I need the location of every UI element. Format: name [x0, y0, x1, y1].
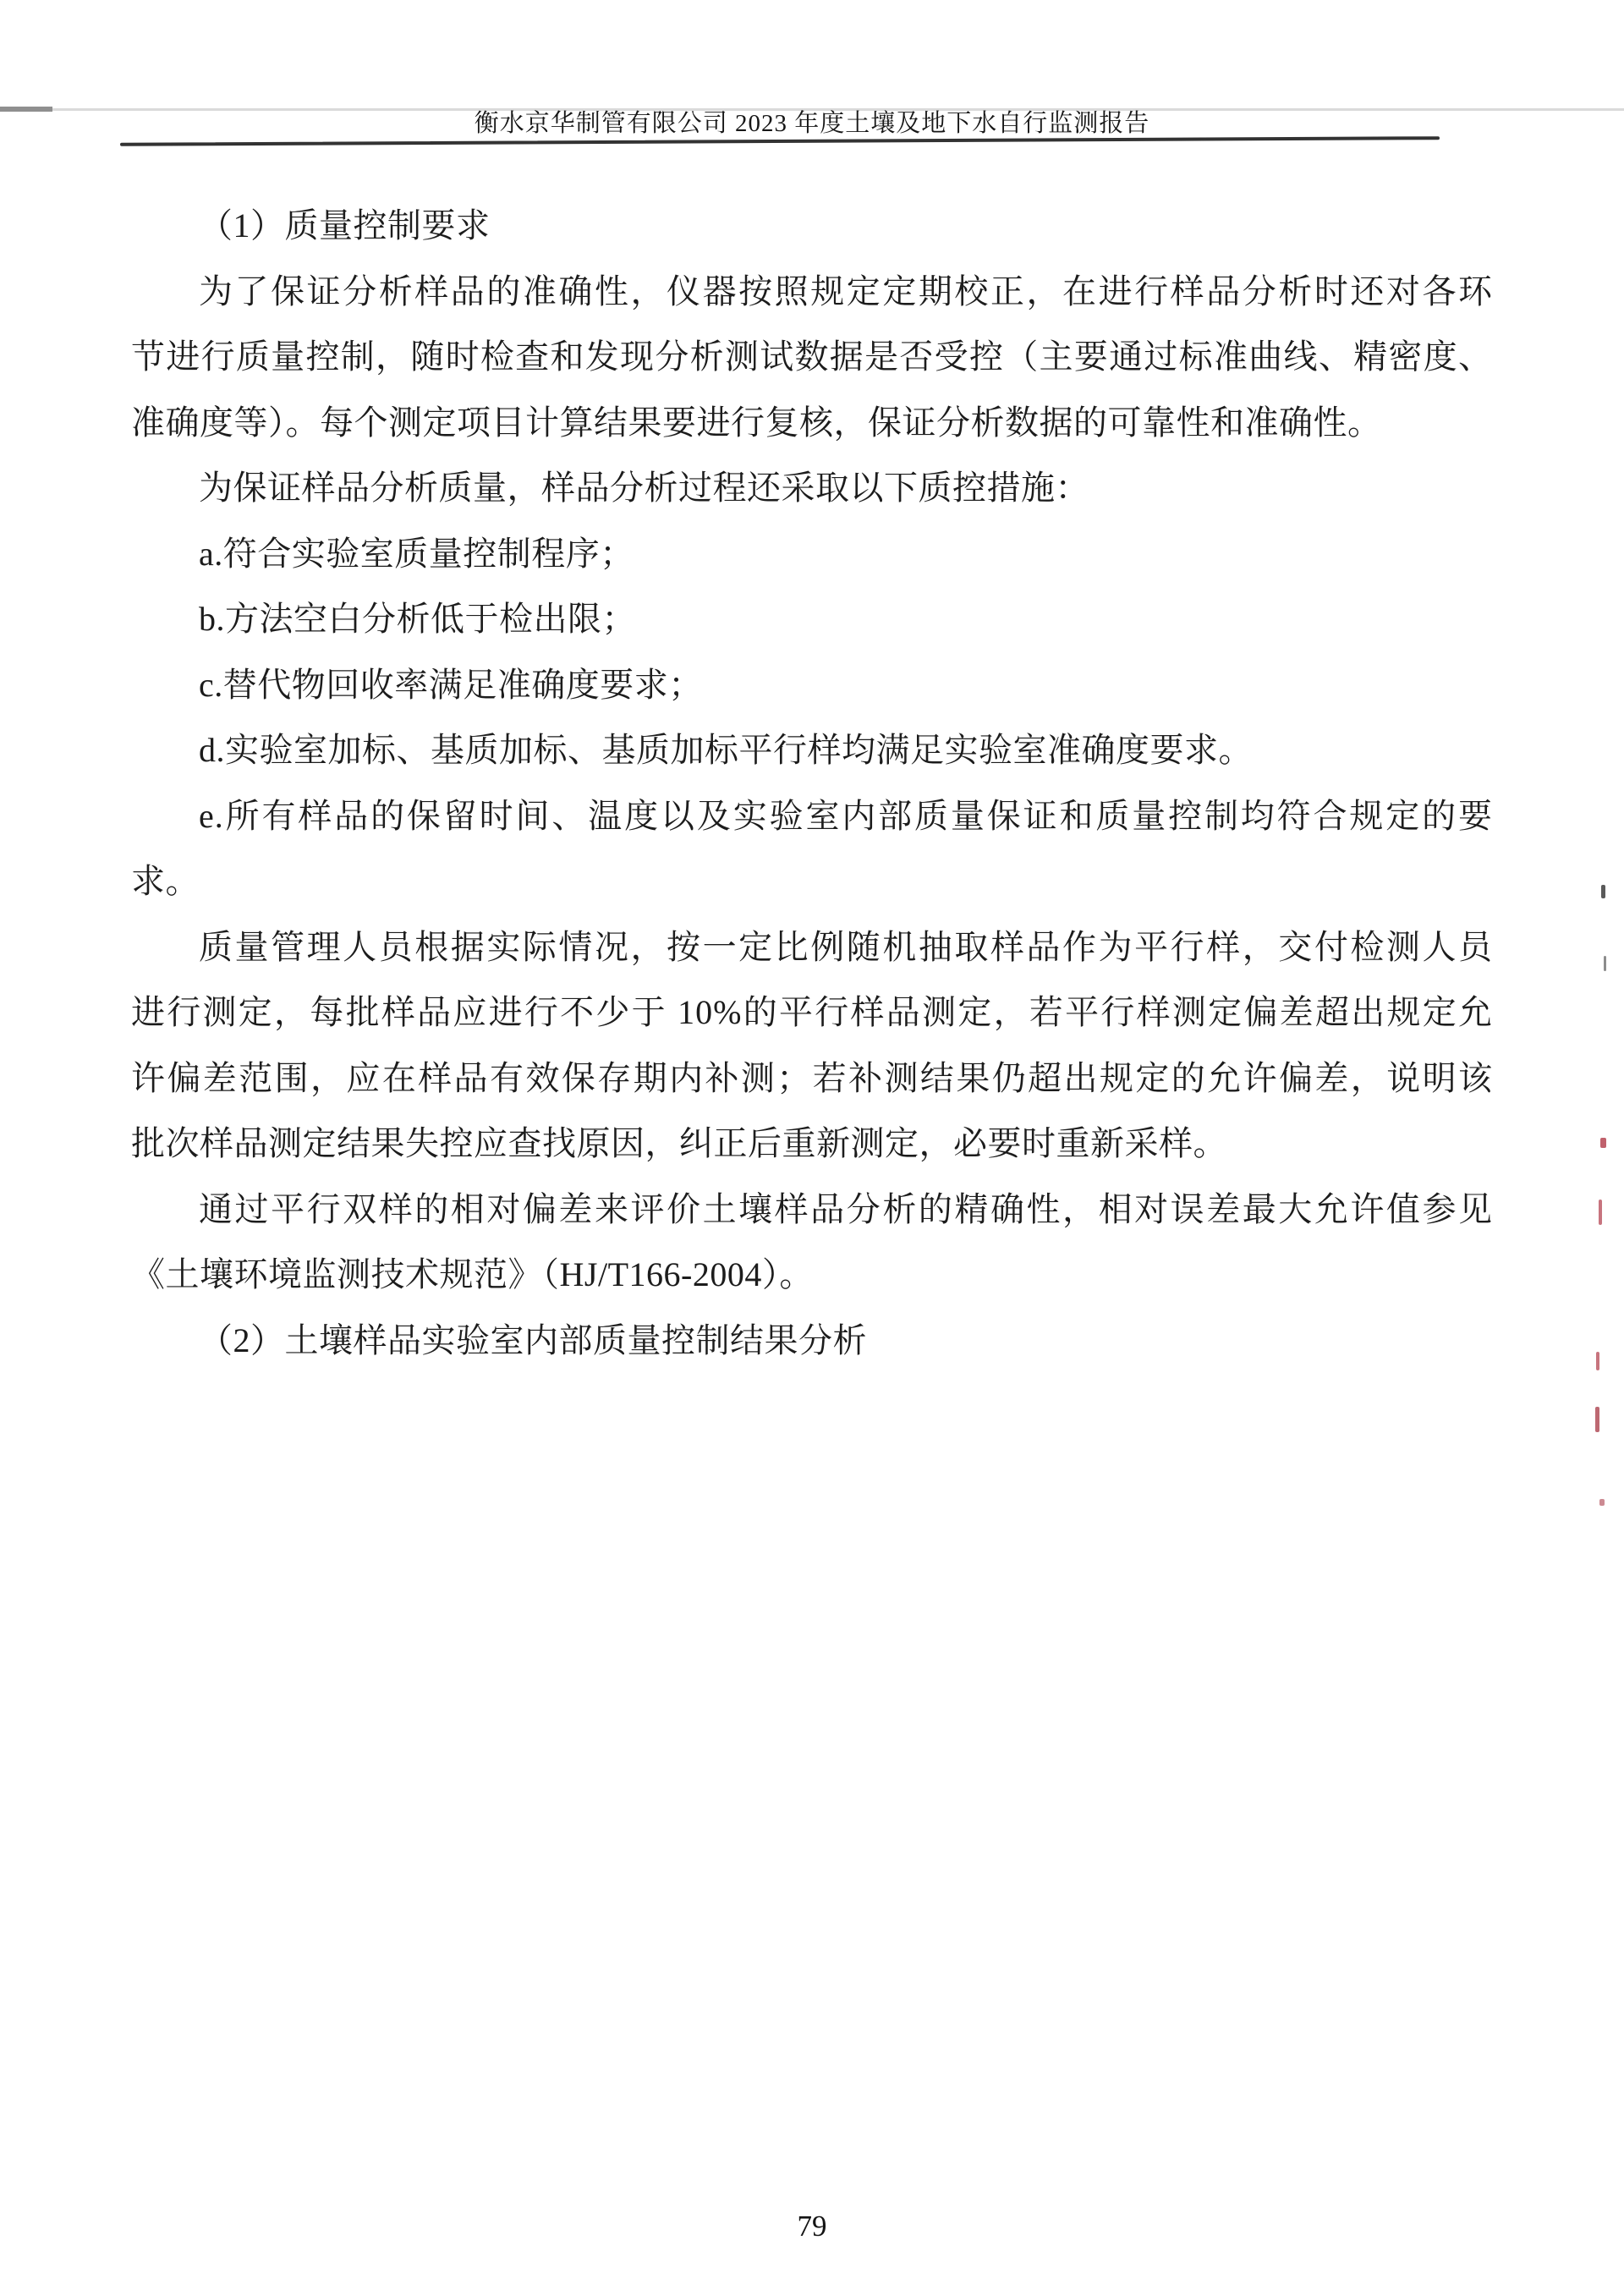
- text-line: 《土壤环境监测技术规范》（HJ/T166-2004）。: [131, 1242, 1493, 1308]
- text-line: 求。: [131, 848, 1493, 914]
- text-line: 节进行质量控制，随时检查和发现分析测试数据是否受控（主要通过标准曲线、精密度、: [131, 324, 1493, 390]
- text-line: 许偏差范围，应在样品有效保存期内补测；若补测结果仍超出规定的允许偏差，说明该: [131, 1046, 1493, 1112]
- scan-artifact-speck: [1604, 956, 1606, 971]
- page-header-title: 衡水京华制管有限公司 2023 年度土壤及地下水自行监测报告: [0, 111, 1624, 136]
- text-line: a.符合实验室质量控制程序；: [131, 521, 1493, 587]
- text-line: （1）质量控制要求: [131, 193, 1493, 259]
- document-page: 衡水京华制管有限公司 2023 年度土壤及地下水自行监测报告 （1）质量控制要求…: [0, 0, 1624, 2295]
- scan-artifact-red-mark: [1599, 1200, 1602, 1225]
- scan-artifact-red-mark: [1599, 1499, 1605, 1506]
- text-line: 准确度等）。每个测定项目计算结果要进行复核，保证分析数据的可靠性和准确性。: [131, 390, 1493, 456]
- text-line: 为保证样品分析质量，样品分析过程还采取以下质控措施：: [131, 455, 1493, 521]
- text-line: （2）土壤样品实验室内部质量控制结果分析: [131, 1308, 1493, 1374]
- text-line: e.所有样品的保留时间、温度以及实验室内部质量保证和质量控制均符合规定的要: [131, 783, 1493, 849]
- text-line: b.方法空白分析低于检出限；: [131, 586, 1493, 652]
- text-line: c.替代物回收率满足准确度要求；: [131, 652, 1493, 718]
- header-rule: [120, 136, 1440, 146]
- text-line: 通过平行双样的相对偏差来评价土壤样品分析的精确性，相对误差最大允许值参见: [131, 1177, 1493, 1243]
- text-line: 进行测定，每批样品应进行不少于 10%的平行样品测定，若平行样测定偏差超出规定允: [131, 980, 1493, 1046]
- scan-artifact-red-mark: [1596, 1352, 1599, 1370]
- text-line: 为了保证分析样品的准确性，仪器按照规定定期校正，在进行样品分析时还对各环: [131, 259, 1493, 325]
- scan-artifact-red-mark: [1600, 1138, 1606, 1148]
- scan-artifact-speck: [1601, 885, 1605, 898]
- text-line: 批次样品测定结果失控应查找原因，纠正后重新测定，必要时重新采样。: [131, 1111, 1493, 1177]
- page-number: 79: [0, 2210, 1624, 2243]
- text-line: d.实验室加标、基质加标、基质加标平行样均满足实验室准确度要求。: [131, 717, 1493, 783]
- text-line: 质量管理人员根据实际情况，按一定比例随机抽取样品作为平行样，交付检测人员: [131, 914, 1493, 980]
- scan-artifact-red-mark: [1595, 1407, 1599, 1432]
- document-body: （1）质量控制要求为了保证分析样品的准确性，仪器按照规定定期校正，在进行样品分析…: [131, 193, 1493, 1373]
